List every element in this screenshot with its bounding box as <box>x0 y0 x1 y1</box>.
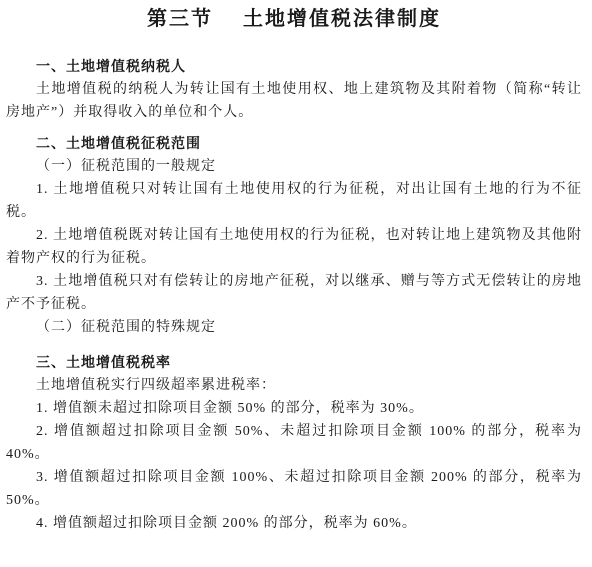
paragraph: 4. 增值额超过扣除项目金额 200% 的部分，税率为 60%。 <box>6 512 582 535</box>
paragraph: 土地增值税的纳税人为转让国有土地使用权、地上建筑物及其附着物（简称“转让房地产”… <box>6 78 582 124</box>
section-tax-rates: 三、土地增值税税率 土地增值税实行四级超率累进税率： 1. 增值额未超过扣除项目… <box>6 351 582 535</box>
section-body: （一）征税范围的一般规定 1. 土地增值税只对转让国有土地使用权的行为征税，对出… <box>6 155 582 339</box>
section-number: 第三节 <box>147 6 213 33</box>
section-heading: 二、土地增值税征税范围 <box>6 132 582 155</box>
paragraph: 2. 土地增值税既对转让国有土地使用权的行为征税，也对转让地上建筑物及其他附着物… <box>6 224 582 270</box>
paragraph: （二）征税范围的特殊规定 <box>6 316 582 339</box>
paragraph: 1. 土地增值税只对转让国有土地使用权的行为征税，对出让国有土地的行为不征税。 <box>6 178 582 224</box>
section-title-text: 土地增值税法律制度 <box>243 6 441 33</box>
paragraph: 3. 土地增值税只对有偿转让的房地产征税，对以继承、赠与等方式无偿转让的房地产不… <box>6 270 582 316</box>
section-heading: 三、土地增值税税率 <box>6 351 582 374</box>
paragraph: 2. 增值额超过扣除项目金额 50%、未超过扣除项目金额 100% 的部分，税率… <box>6 420 582 466</box>
paragraph: 1. 增值额未超过扣除项目金额 50% 的部分，税率为 30%。 <box>6 397 582 420</box>
page-title: 第三节 土地增值税法律制度 <box>6 6 582 33</box>
paragraph: （一）征税范围的一般规定 <box>6 155 582 178</box>
paragraph: 土地增值税实行四级超率累进税率： <box>6 374 582 397</box>
section-taxpayers: 一、土地增值税纳税人 土地增值税的纳税人为转让国有土地使用权、地上建筑物及其附着… <box>6 55 582 124</box>
section-heading: 一、土地增值税纳税人 <box>6 55 582 78</box>
section-body: 土地增值税实行四级超率累进税率： 1. 增值额未超过扣除项目金额 50% 的部分… <box>6 374 582 535</box>
paragraph: 3. 增值额超过扣除项目金额 100%、未超过扣除项目金额 200% 的部分，税… <box>6 466 582 512</box>
section-tax-scope: 二、土地增值税征税范围 （一）征税范围的一般规定 1. 土地增值税只对转让国有土… <box>6 132 582 339</box>
document-page: 第三节 土地增值税法律制度 一、土地增值税纳税人 土地增值税的纳税人为转让国有土… <box>0 0 592 567</box>
section-body: 土地增值税的纳税人为转让国有土地使用权、地上建筑物及其附着物（简称“转让房地产”… <box>6 78 582 124</box>
